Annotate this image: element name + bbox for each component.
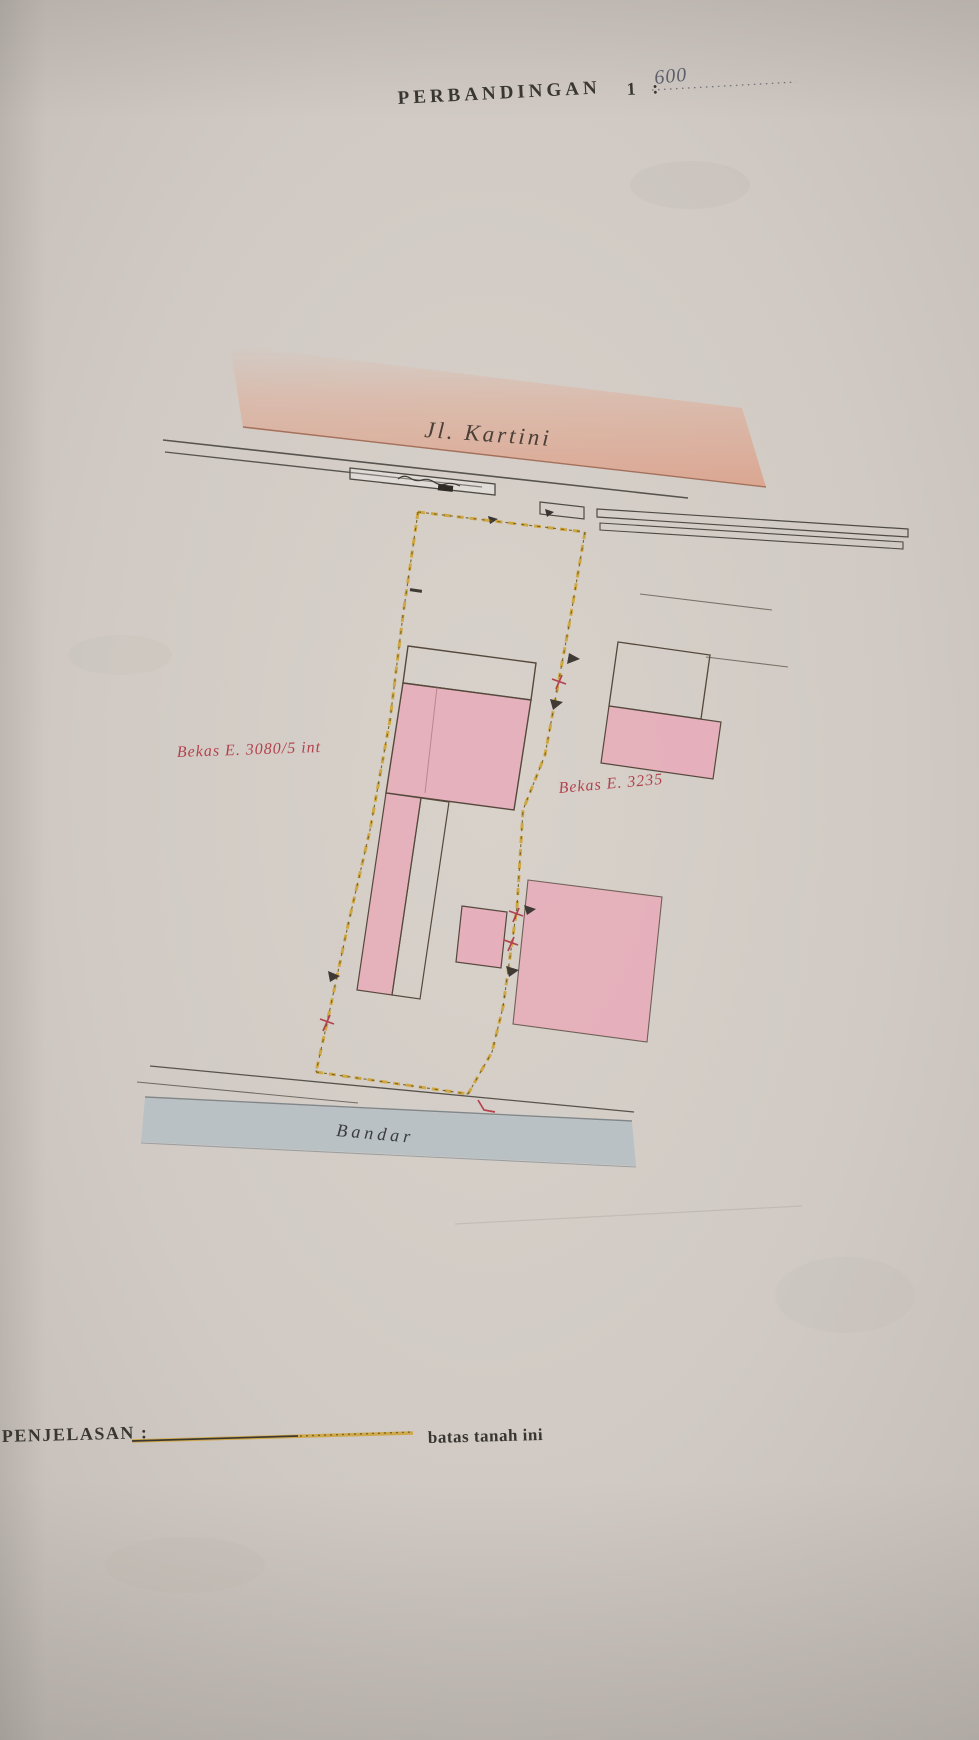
main-building-pink xyxy=(386,683,531,810)
outbuilding-pink xyxy=(456,906,507,968)
legend-boundary-label: batas tanah ini xyxy=(428,1425,544,1447)
paper-background xyxy=(0,0,979,1740)
legend-title: PENJELASAN : xyxy=(2,1422,149,1446)
scale-value-handwritten: 600 xyxy=(653,64,688,89)
photo-bottom-shadow xyxy=(0,1480,979,1740)
scanned-survey-photo: PERBANDINGAN 1 : 600 Jl. Kartini xyxy=(0,0,979,1740)
survey-map: PERBANDINGAN 1 : 600 Jl. Kartini xyxy=(0,0,979,1740)
photo-left-shadow xyxy=(0,0,46,1740)
neighbor-building-mass xyxy=(513,880,662,1042)
